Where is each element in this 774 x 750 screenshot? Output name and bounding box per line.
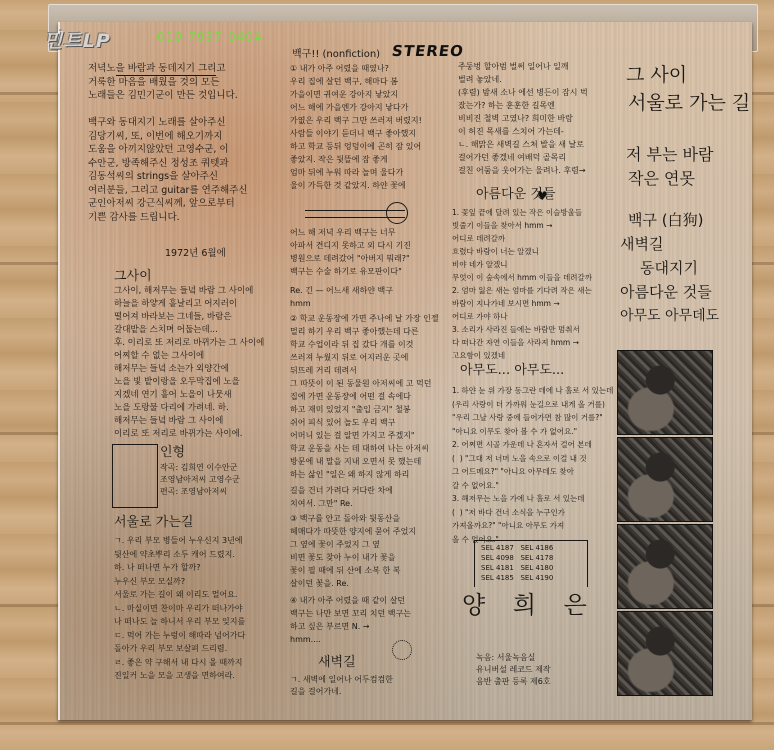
guitar-headstock-drawing <box>386 202 408 224</box>
lyrics-areumdaun-geotdeul: 1. 꽃잎 끝에 달려 있는 작은 이슬방울들 빗줄기 이들을 찾아서 hmm … <box>452 206 620 362</box>
lyrics-baekgu-verse-4: ④ 내가 아주 어렸을 때 같이 살던 백구는 나만 보면 꼬리 치던 백구는 … <box>290 594 440 646</box>
flower-drawing <box>392 640 412 660</box>
lyrics-baekgu-verse-1b: 어느 해 저녁 우리 백구는 너무 아파서 견디지 못하고 외 다시 기진 병원… <box>290 226 440 278</box>
lyrics-baekgu-verse-2: ② 학교 운동장에 가면 주나에 날 가장 인젤 멀리 하기 우리 백구 좋아했… <box>290 312 440 481</box>
catalog-line-2: SEL 4098 SEL 4178 <box>481 553 553 563</box>
catalog-number-frame: SEL 4187 SEL 4186 SEL 4098 SEL 4178 SEL … <box>474 540 588 587</box>
lyrics-baekgu-refrain: Re. 긴 — 어느새 새하얀 백구 hmm <box>290 284 440 310</box>
lyrics-saebyeokgil-continued: 주둥벙 할아범 벌써 일어나 일깨 벌려 놓았네. (후렴) 밤새 소나 에선 … <box>458 60 618 177</box>
wood-plank-seam <box>0 722 774 725</box>
lyrics-baekgu-verse-2b: 길을 건너 가려다 커다란 차에 치여서. 그만" Re. <box>290 484 440 510</box>
doll-drawing-frame <box>112 444 158 508</box>
heart-icon: ♥ <box>537 189 548 203</box>
singer-photo <box>617 524 713 609</box>
lyrics-seoul-road: ㄱ. 우리 부모 병들어 누우신지 3년에 뒷산에 약초뿌리 소두 캐어 드렸지… <box>114 534 304 683</box>
catalog-line-3: SEL 4181 SEL 4180 <box>481 563 553 573</box>
side-b-track-1: 새벽길 <box>620 236 663 253</box>
lyrics-geusai: 그사이, 해저무는 들녘 바람 그 사이에 하늘을 하얗게 흩날리고 어지러이 … <box>114 285 299 441</box>
song-title-saebyeokgil: 새벽길 <box>318 654 356 671</box>
doll-caption: 인형 <box>160 444 185 461</box>
side-b-title: 백구 (白狗) <box>628 212 703 229</box>
side-b-track-2: 동대지기 <box>640 260 698 277</box>
section-title-geusai: 그사이 <box>114 268 152 285</box>
side-b-track-3: 아름다운 것들 <box>620 284 712 301</box>
song-title-seoul-road: 서울로 가는길 <box>114 514 193 531</box>
singer-photo <box>617 611 713 696</box>
stereo-label: STEREO <box>391 42 465 60</box>
lyrics-baekgu-verse-3: ③ 백구를 안고 돌아와 뒷동산을 헤매다가 따뜻한 양지에 묻어 주었지 그 … <box>290 512 440 590</box>
seller-phone-watermark: 010-7937-0404 <box>157 30 263 44</box>
lyrics-saebyeokgil: ㄱ. 새벽에 일어나 어두컴컴한 길을 걸어가네. <box>290 674 440 698</box>
liner-notes-intro: 저녁노을 바람과 동데지기 그리고 거룩한 마음을 배웠을 것의 모든 노래들은… <box>88 62 298 224</box>
side-a-title: 그 사이 <box>626 62 687 88</box>
singer-photo <box>617 350 713 435</box>
side-a-track-2: 서울로 가는 길 <box>628 90 750 116</box>
singer-photo <box>617 437 713 522</box>
side-a-track-3: 저 부는 바람 <box>626 142 713 168</box>
underline <box>116 75 216 76</box>
doll-credits: 작곡: 김희연 이수안군 조영남아저씨 고영수군 편곡: 조영남아저씨 <box>160 462 240 498</box>
side-a-track-4: 작은 연못 <box>628 166 695 192</box>
catalog-line-1: SEL 4187 SEL 4186 <box>481 543 553 553</box>
song-title-baekgu: 백구!! (nonfiction) <box>292 48 380 62</box>
lyrics-amudo: 1. 하얀 눈 위 가장 동그란 데에 나 홀로 서 있는데 (우리 사랑이 더… <box>452 384 620 546</box>
seller-logo-watermark: 민트LP <box>44 26 111 53</box>
side-b-track-4: 아무도 아무데도 <box>620 308 719 325</box>
song-title-amudo: 아무도... 아무도... <box>460 362 564 379</box>
photo-strip <box>617 350 713 690</box>
liner-notes-date: 1972년 6월에 <box>165 247 226 261</box>
lyrics-baekgu-verse-1: ① 내가 아주 어렸을 때였나? 우리 집에 살던 백구, 해마다 봄 가을이면… <box>290 62 440 192</box>
catalog-line-4: SEL 4185 SEL 4190 <box>481 573 553 583</box>
recording-credits: 녹음: 서울녹음실 유니버설 레코드 제작 음반 출판 등록 제6호 <box>476 652 551 688</box>
artist-signature: 양 희 은 <box>462 592 597 618</box>
